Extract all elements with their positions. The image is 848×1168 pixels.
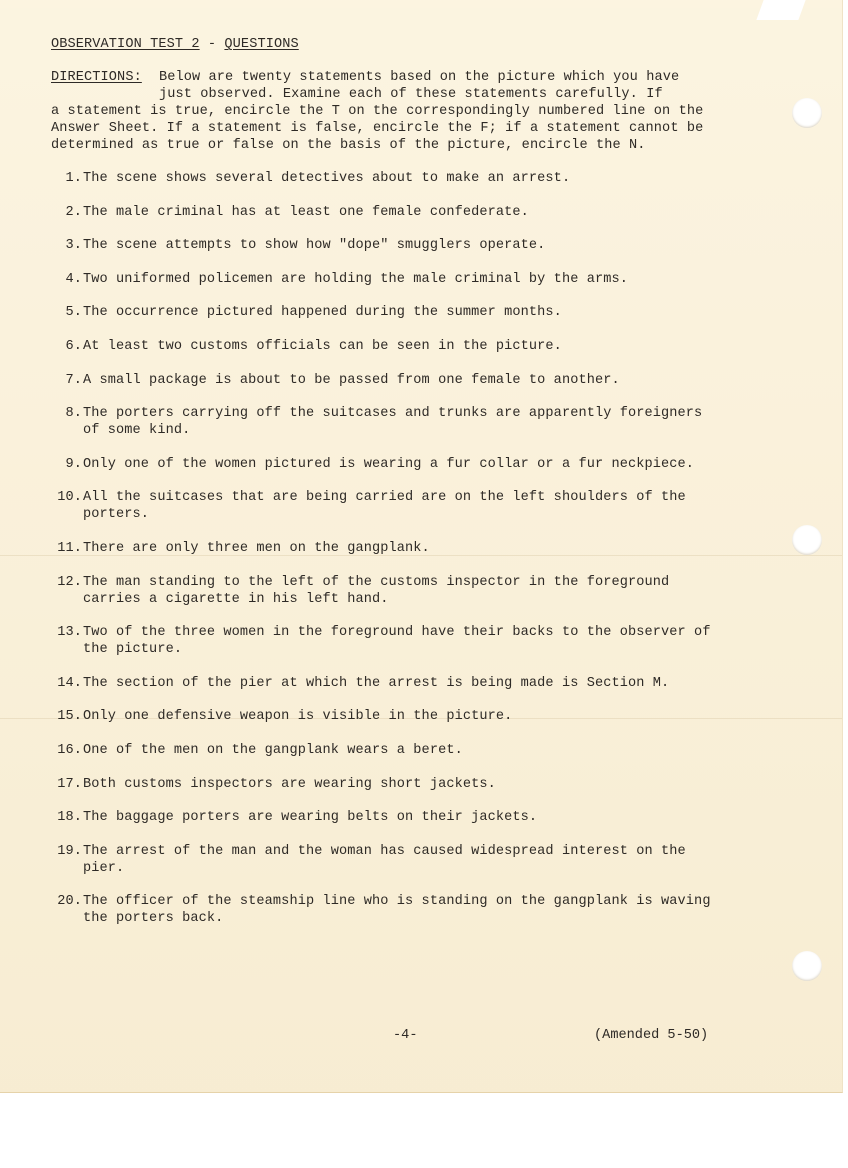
directions-body: a statement is true, encircle the T on t… [51,103,731,154]
question-text: The man standing to the left of the cust… [83,574,713,608]
amended-note: (Amended 5-50) [594,1028,708,1043]
question-item: 2.The male criminal has at least one fem… [51,204,731,221]
question-item: 19.The arrest of the man and the woman h… [51,843,731,877]
question-item: 8.The porters carrying off the suitcases… [51,405,731,439]
question-number: 7. [43,372,83,389]
question-text: The scene attempts to show how "dope" sm… [83,237,713,254]
question-number: 18. [43,809,83,826]
question-item: 12.The man standing to the left of the c… [51,574,731,608]
question-text: Only one of the women pictured is wearin… [83,456,713,473]
directions-label: DIRECTIONS: [51,70,142,85]
question-number: 15. [43,708,83,725]
question-number: 12. [43,574,83,608]
question-text: At least two customs officials can be se… [83,338,713,355]
question-number: 2. [43,204,83,221]
title-separator: - [200,36,225,53]
question-item: 17.Both customs inspectors are wearing s… [51,776,731,793]
title-sub: QUESTIONS [224,37,298,52]
torn-corner [756,0,805,20]
question-text: The male criminal has at least one femal… [83,204,713,221]
question-text: All the suitcases that are being carried… [83,489,713,523]
question-number: 13. [43,624,83,658]
punch-hole [792,951,822,981]
question-list: 1.The scene shows several detectives abo… [51,170,731,927]
document-body: OBSERVATION TEST 2 - QUESTIONS DIRECTION… [51,36,731,944]
punch-hole [792,525,822,555]
question-item: 14.The section of the pier at which the … [51,675,731,692]
question-item: 11.There are only three men on the gangp… [51,540,731,557]
question-text: Two uniformed policemen are holding the … [83,271,713,288]
question-number: 9. [43,456,83,473]
question-text: The porters carrying off the suitcases a… [83,405,713,439]
question-item: 13.Two of the three women in the foregro… [51,624,731,658]
question-number: 19. [43,843,83,877]
question-number: 14. [43,675,83,692]
question-number: 1. [43,170,83,187]
question-text: The arrest of the man and the woman has … [83,843,713,877]
question-number: 5. [43,304,83,321]
question-item: 7.A small package is about to be passed … [51,372,731,389]
question-item: 1.The scene shows several detectives abo… [51,170,731,187]
directions-lead: Below are twenty statements based on the… [159,69,719,103]
question-number: 20. [43,893,83,927]
question-item: 16.One of the men on the gangplank wears… [51,742,731,759]
question-number: 8. [43,405,83,439]
question-text: Both customs inspectors are wearing shor… [83,776,713,793]
question-number: 11. [43,540,83,557]
question-item: 18.The baggage porters are wearing belts… [51,809,731,826]
question-number: 6. [43,338,83,355]
question-text: One of the men on the gangplank wears a … [83,742,713,759]
question-text: The occurrence pictured happened during … [83,304,713,321]
directions: DIRECTIONS: Below are twenty statements … [51,69,731,154]
title-main: OBSERVATION TEST 2 [51,37,200,52]
question-text: The section of the pier at which the arr… [83,675,713,692]
question-item: 3.The scene attempts to show how "dope" … [51,237,731,254]
punch-hole [792,98,822,128]
question-item: 10.All the suitcases that are being carr… [51,489,731,523]
question-text: Only one defensive weapon is visible in … [83,708,713,725]
question-item: 9.Only one of the women pictured is wear… [51,456,731,473]
question-number: 16. [43,742,83,759]
question-number: 10. [43,489,83,523]
question-text: There are only three men on the gangplan… [83,540,713,557]
question-item: 15.Only one defensive weapon is visible … [51,708,731,725]
question-number: 3. [43,237,83,254]
page-title: OBSERVATION TEST 2 - QUESTIONS [51,36,731,53]
question-item: 5.The occurrence pictured happened durin… [51,304,731,321]
question-text: The scene shows several detectives about… [83,170,713,187]
page-number: -4- [393,1028,417,1043]
question-text: A small package is about to be passed fr… [83,372,713,389]
question-text: The baggage porters are wearing belts on… [83,809,713,826]
question-item: 20.The officer of the steamship line who… [51,893,731,927]
question-number: 4. [43,271,83,288]
question-text: Two of the three women in the foreground… [83,624,713,658]
question-item: 6.At least two customs officials can be … [51,338,731,355]
question-number: 17. [43,776,83,793]
question-text: The officer of the steamship line who is… [83,893,713,927]
question-item: 4.Two uniformed policemen are holding th… [51,271,731,288]
